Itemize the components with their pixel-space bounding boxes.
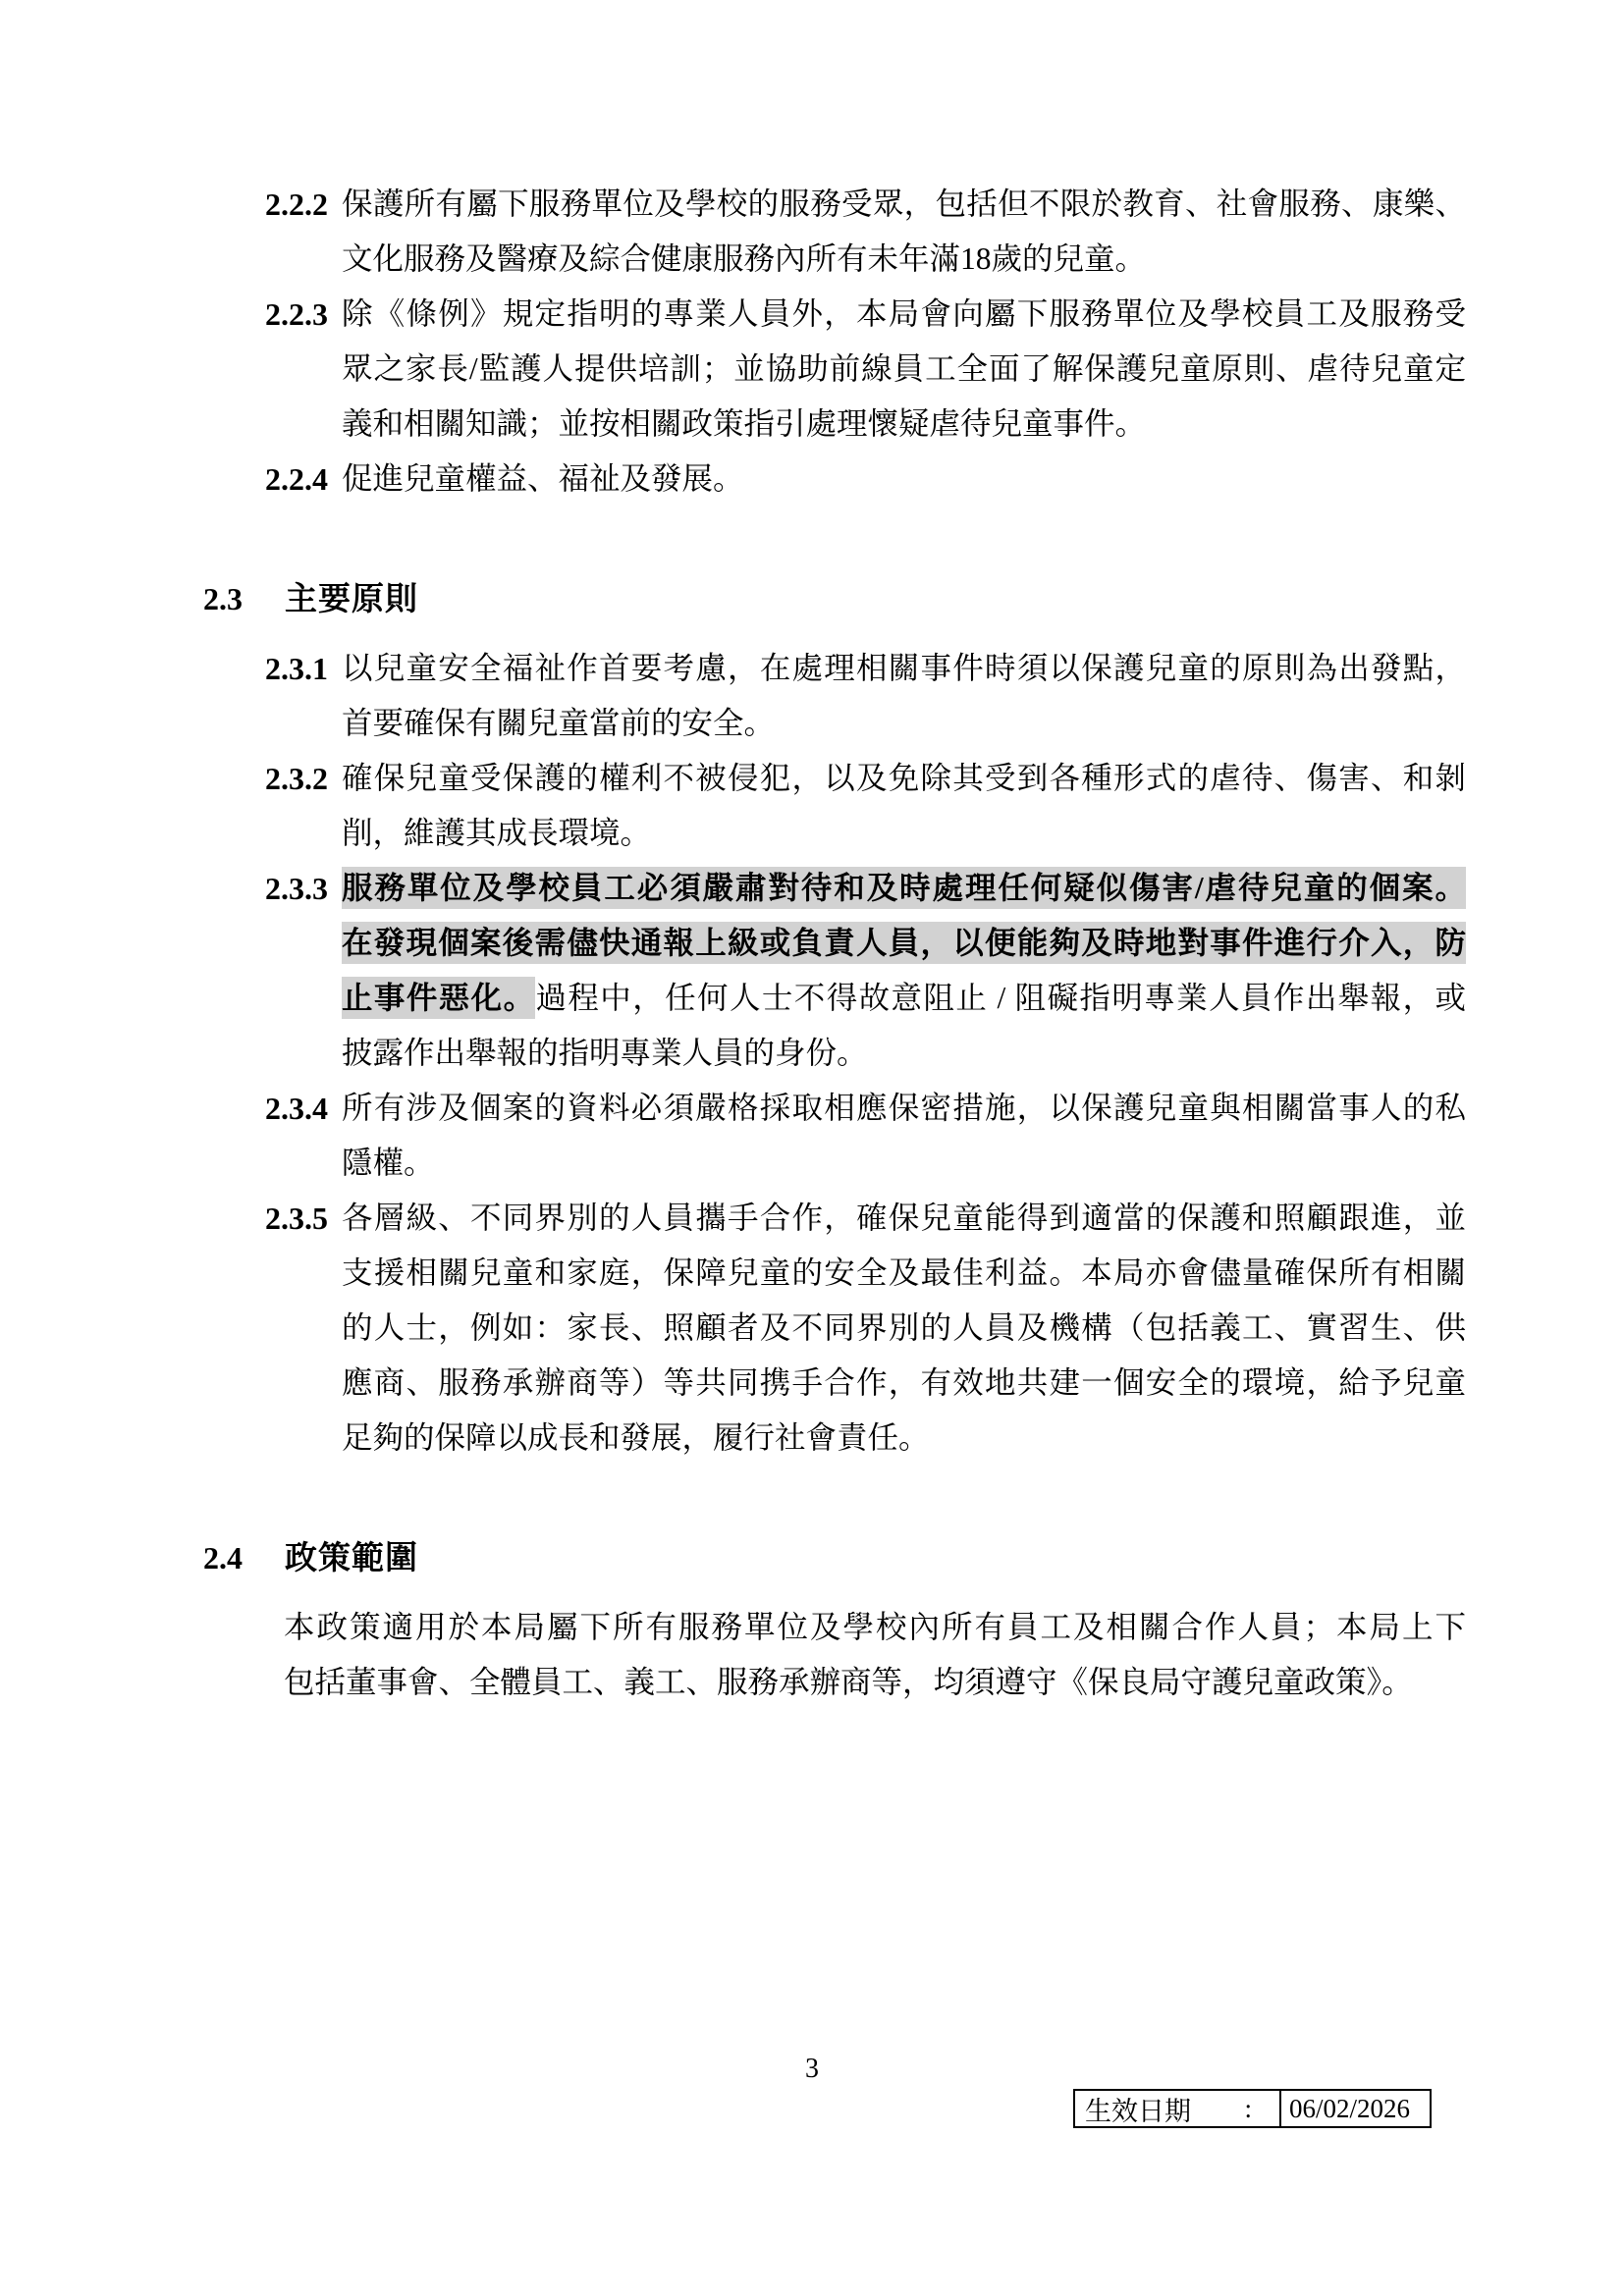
item-number: 2.3.4 (265, 1081, 342, 1191)
heading-number: 2.3 (203, 571, 285, 626)
effective-date-table: 生效日期 : 06/02/2026 (1073, 2089, 1432, 2128)
document-body: 2.2.2保護所有屬下服務單位及學校的服務受眾，包括但不限於教育、社會服務、康樂… (0, 0, 1624, 1710)
text-line: 各層級、不同界別的人員攜手合作，確保兒童能得到適當的保護和照顧跟進，並 (342, 1191, 1466, 1246)
effective-date-label: 生效日期 (1085, 2090, 1191, 2128)
text-segment: 應商、服務承辦商等）等共同携手合作，有效地共建一個安全的環境，給予兒童 (342, 1365, 1466, 1400)
highlighted-text: 在發現個案後需儘快通報上級或負責人員，以便能夠及時地對事件進行介入，防 (342, 922, 1466, 964)
heading-number: 2.4 (203, 1530, 285, 1585)
highlighted-text: 服務單位及學校員工必須嚴肅對待和及時處理任何疑似傷害/虐待兒童的個案。 (342, 867, 1466, 909)
text-segment: 的人士，例如：家長、照顧者及不同界別的人員及機構（包括義工、實習生、供 (342, 1310, 1466, 1345)
text-line: 在發現個案後需儘快通報上級或負責人員，以便能夠及時地對事件進行介入，防 (342, 916, 1466, 971)
text-line: 隱權。 (342, 1136, 1466, 1191)
list-item: 2.2.2保護所有屬下服務單位及學校的服務受眾，包括但不限於教育、社會服務、康樂… (0, 177, 1624, 287)
effective-date-colon: : (1244, 2094, 1252, 2124)
item-number: 2.3.5 (265, 1191, 342, 1466)
effective-date-value-cell: 06/02/2026 (1281, 2091, 1430, 2126)
item-text: 服務單位及學校員工必須嚴肅對待和及時處理任何疑似傷害/虐待兒童的個案。在發現個案… (342, 861, 1466, 1081)
text-line: 止事件惡化。過程中，任何人士不得故意阻止 / 阻礙指明專業人員作出舉報，或 (342, 971, 1466, 1026)
section-heading: 2.3主要原則 (0, 571, 1624, 633)
list-item: 2.2.4促進兒童權益、福祉及發展。 (0, 452, 1624, 507)
effective-date-value: 06/02/2026 (1289, 2094, 1410, 2124)
text-segment: 除《條例》規定指明的專業人員外，本局會向屬下服務單位及學校員工及服務受 (342, 296, 1466, 331)
text-segment: 包括董事會、全體員工、義工、服務承辦商等，均須遵守《保良局守護兒童政策》。 (284, 1665, 1413, 1699)
text-line: 披露作出舉報的指明專業人員的身份。 (342, 1026, 1466, 1081)
text-line: 確保兒童受保護的權利不被侵犯，以及免除其受到各種形式的虐待、傷害、和剝 (342, 751, 1466, 806)
text-segment: 促進兒童權益、福祉及發展。 (342, 461, 744, 496)
text-line: 所有涉及個案的資料必須嚴格採取相應保密措施，以保護兒童與相關當事人的私 (342, 1081, 1466, 1136)
text-segment: 以兒童安全福祉作首要考慮，在處理相關事件時須以保護兒童的原則為出發點， (342, 651, 1466, 685)
text-segment: 各層級、不同界別的人員攜手合作，確保兒童能得到適當的保護和照顧跟進，並 (342, 1201, 1466, 1235)
text-line: 的人士，例如：家長、照顧者及不同界別的人員及機構（包括義工、實習生、供 (342, 1301, 1466, 1356)
item-number: 2.2.4 (265, 452, 342, 507)
text-segment: 所有涉及個案的資料必須嚴格採取相應保密措施，以保護兒童與相關當事人的私 (342, 1091, 1466, 1125)
item-text: 確保兒童受保護的權利不被侵犯，以及免除其受到各種形式的虐待、傷害、和剝削，維護其… (342, 751, 1466, 861)
text-segment: 首要確保有關兒童當前的安全。 (342, 706, 775, 740)
text-line: 除《條例》規定指明的專業人員外，本局會向屬下服務單位及學校員工及服務受 (342, 287, 1466, 342)
text-line: 支援相關兒童和家庭，保障兒童的安全及最佳利益。本局亦會儘量確保所有相關 (342, 1246, 1466, 1301)
text-segment: 義和相關知識；並按相關政策指引處理懷疑虐待兒童事件。 (342, 406, 1146, 441)
text-line: 削，維護其成長環境。 (342, 806, 1466, 861)
text-segment: 本政策適用於本局屬下所有服務單位及學校內所有員工及相關合作人員；本局上下 (284, 1610, 1466, 1644)
text-segment: 支援相關兒童和家庭，保障兒童的安全及最佳利益。本局亦會儘量確保所有相關 (342, 1255, 1466, 1290)
text-segment: 足夠的保障以成長和發展，履行社會責任。 (342, 1420, 930, 1455)
text-line: 義和相關知識；並按相關政策指引處理懷疑虐待兒童事件。 (342, 397, 1466, 452)
paragraph: 本政策適用於本局屬下所有服務單位及學校內所有員工及相關合作人員；本局上下包括董事… (284, 1600, 1466, 1710)
text-line: 本政策適用於本局屬下所有服務單位及學校內所有員工及相關合作人員；本局上下 (284, 1600, 1466, 1655)
text-segment: 眾之家長/監護人提供培訓；並協助前線員工全面了解保護兒童原則、虐待兒童定 (342, 351, 1466, 386)
item-text: 保護所有屬下服務單位及學校的服務受眾，包括但不限於教育、社會服務、康樂、文化服務… (342, 177, 1466, 287)
page-number: 3 (0, 2054, 1624, 2085)
highlighted-text: 止事件惡化。 (342, 977, 535, 1019)
text-line: 包括董事會、全體員工、義工、服務承辦商等，均須遵守《保良局守護兒童政策》。 (284, 1655, 1466, 1710)
text-segment: 保護所有屬下服務單位及學校的服務受眾，包括但不限於教育、社會服務、康樂、 (342, 187, 1466, 221)
item-text: 各層級、不同界別的人員攜手合作，確保兒童能得到適當的保護和照顧跟進，並支援相關兒… (342, 1191, 1466, 1466)
heading-title: 主要原則 (285, 582, 418, 617)
item-number: 2.2.2 (265, 177, 342, 287)
list-item: 2.3.2確保兒童受保護的權利不被侵犯，以及免除其受到各種形式的虐待、傷害、和剝… (0, 751, 1624, 861)
text-segment: 過程中，任何人士不得故意阻止 / 阻礙指明專業人員作出舉報，或 (535, 981, 1466, 1015)
text-line: 眾之家長/監護人提供培訓；並協助前線員工全面了解保護兒童原則、虐待兒童定 (342, 342, 1466, 397)
text-line: 文化服務及醫療及綜合健康服務內所有未年滿18歲的兒童。 (342, 232, 1466, 287)
text-segment: 確保兒童受保護的權利不被侵犯，以及免除其受到各種形式的虐待、傷害、和剝 (342, 761, 1466, 795)
document-page: 2.2.2保護所有屬下服務單位及學校的服務受眾，包括但不限於教育、社會服務、康樂… (0, 0, 1624, 2296)
heading-title: 政策範圍 (285, 1541, 418, 1576)
text-line: 服務單位及學校員工必須嚴肅對待和及時處理任何疑似傷害/虐待兒童的個案。 (342, 861, 1466, 916)
item-text: 所有涉及個案的資料必須嚴格採取相應保密措施，以保護兒童與相關當事人的私隱權。 (342, 1081, 1466, 1191)
list-item: 2.3.1以兒童安全福祉作首要考慮，在處理相關事件時須以保護兒童的原則為出發點，… (0, 641, 1624, 751)
list-item: 2.2.3除《條例》規定指明的專業人員外，本局會向屬下服務單位及學校員工及服務受… (0, 287, 1624, 452)
list-item: 2.3.3服務單位及學校員工必須嚴肅對待和及時處理任何疑似傷害/虐待兒童的個案。… (0, 861, 1624, 1081)
text-segment: 削，維護其成長環境。 (342, 816, 651, 850)
text-line: 以兒童安全福祉作首要考慮，在處理相關事件時須以保護兒童的原則為出發點， (342, 641, 1466, 696)
item-number: 2.3.2 (265, 751, 342, 861)
text-line: 應商、服務承辦商等）等共同携手合作，有效地共建一個安全的環境，給予兒童 (342, 1356, 1466, 1411)
text-segment: 文化服務及醫療及綜合健康服務內所有未年滿18歲的兒童。 (342, 241, 1146, 276)
item-text: 除《條例》規定指明的專業人員外，本局會向屬下服務單位及學校員工及服務受眾之家長/… (342, 287, 1466, 452)
section-heading: 2.4政策範圍 (0, 1530, 1624, 1592)
text-line: 足夠的保障以成長和發展，履行社會責任。 (342, 1411, 1466, 1466)
list-item: 2.3.5各層級、不同界別的人員攜手合作，確保兒童能得到適當的保護和照顧跟進，並… (0, 1191, 1624, 1466)
list-item: 2.3.4所有涉及個案的資料必須嚴格採取相應保密措施，以保護兒童與相關當事人的私… (0, 1081, 1624, 1191)
item-number: 2.2.3 (265, 287, 342, 452)
text-line: 促進兒童權益、福祉及發展。 (342, 452, 1466, 507)
text-line: 保護所有屬下服務單位及學校的服務受眾，包括但不限於教育、社會服務、康樂、 (342, 177, 1466, 232)
item-number: 2.3.1 (265, 641, 342, 751)
item-number: 2.3.3 (265, 861, 342, 1081)
text-line: 首要確保有關兒童當前的安全。 (342, 696, 1466, 751)
item-text: 以兒童安全福祉作首要考慮，在處理相關事件時須以保護兒童的原則為出發點，首要確保有… (342, 641, 1466, 751)
text-segment: 披露作出舉報的指明專業人員的身份。 (342, 1036, 868, 1070)
effective-date-label-cell: 生效日期 : (1075, 2091, 1281, 2126)
text-segment: 隱權。 (342, 1146, 435, 1180)
item-text: 促進兒童權益、福祉及發展。 (342, 452, 1466, 507)
